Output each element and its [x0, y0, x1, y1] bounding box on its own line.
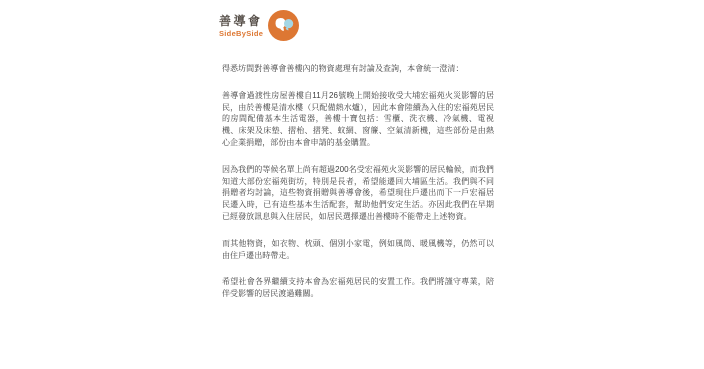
org-name-chinese: 善導會 — [219, 14, 263, 29]
statement-paragraph: 而其他物資，如衣物、枕頭、個別小家電，例如風筒、暖風機等，仍然可以由住戶遷出時帶… — [222, 238, 494, 262]
statement-body: 得悉坊間對善導會善樓內的物資處理有討論及查詢，本會統一澄清： 善導會過渡性房屋善… — [222, 63, 494, 315]
statement-page: 善導會 SideBySide 得悉坊間對善導會善樓內的物資處理有討論及查詢，本會… — [0, 0, 704, 369]
org-name-english: SideBySide — [219, 29, 263, 38]
org-logo-wordmark: 善導會 SideBySide — [219, 14, 263, 38]
org-logo: 善導會 SideBySide — [219, 10, 299, 41]
statement-intro: 得悉坊間對善導會善樓內的物資處理有討論及查詢，本會統一澄清： — [222, 63, 494, 75]
statement-paragraph: 善導會過渡性房屋善樓自11月26號晚上開始接收受大埔宏福苑火災影響的居民，由於善… — [222, 90, 494, 149]
statement-paragraph: 希望社會各界繼續支持本會為宏福苑居民的安置工作。我們將謹守專業，陪伴受影響的居民… — [222, 276, 494, 300]
sidebyside-logo-icon — [268, 10, 299, 41]
statement-paragraph: 因為我們的等候名單上尚有超過200名受宏福苑火災影響的居民輪候，而我們知道大部份… — [222, 164, 494, 223]
